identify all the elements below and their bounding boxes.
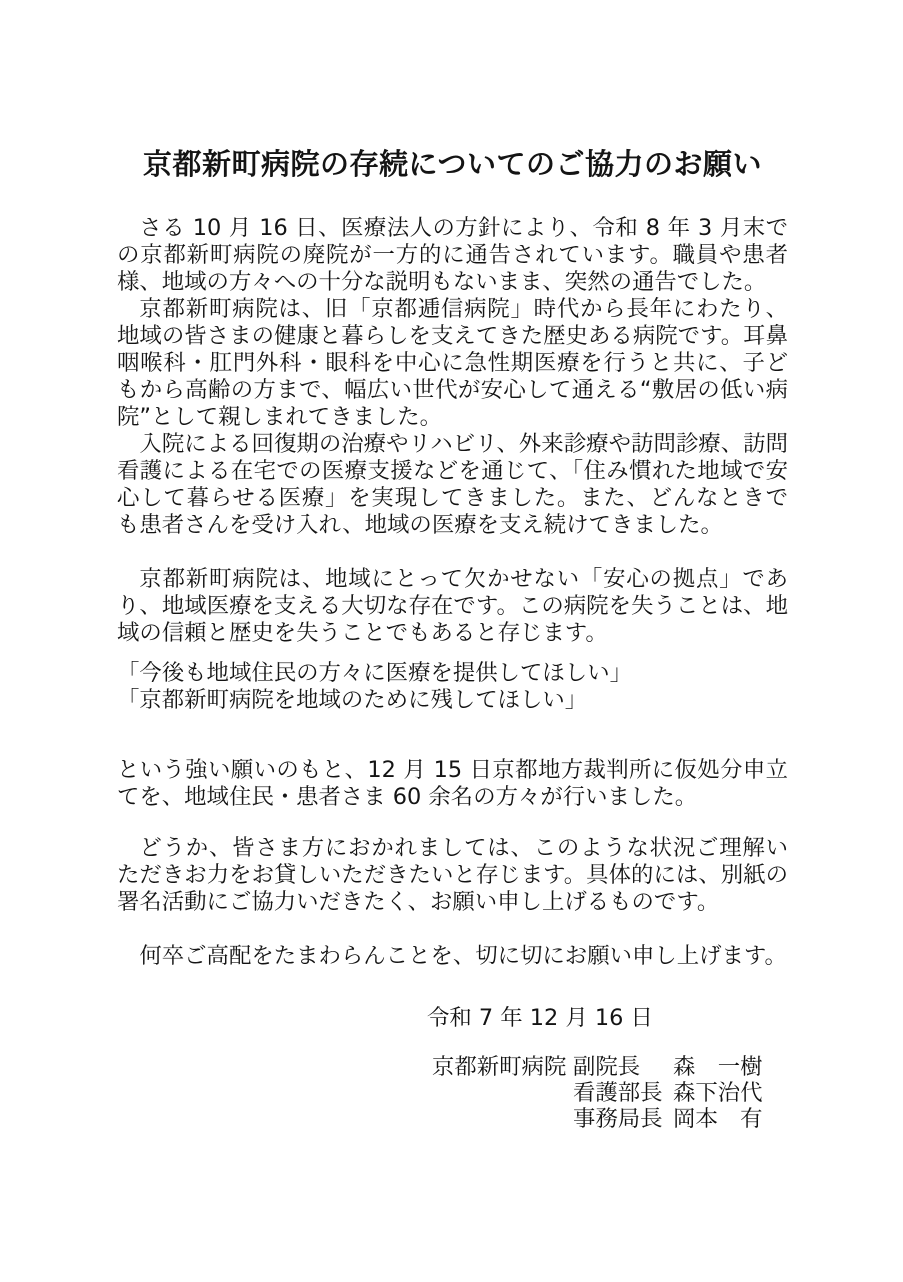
paragraph-closing-plea: 何卒ご高配をたまわらんことを、切に切にお願い申し上げます。 xyxy=(117,943,788,970)
signature-organization: 京都新町病院 xyxy=(432,1054,573,1080)
letter-content: 京都新町病院の存続についてのご協力のお願い さる 10 月 16 日、医療法人の… xyxy=(0,0,903,1132)
paragraph-court-petition: という強い願いのもと、12 月 15 日京都地方裁判所に仮処分申立てを、地域住民… xyxy=(117,757,788,811)
quote-block: 「今後も地域住民の方々に医療を提供してほしい」 「京都新町病院を地域のために残し… xyxy=(117,660,788,714)
signature-block: 京都新町病院 副院長 森 一樹 看護部長 森下治代 事務局長 岡本 有 xyxy=(432,1054,788,1132)
quote-line: 「今後も地域住民の方々に医療を提供してほしい」 xyxy=(117,660,788,687)
signature-organization-spacer xyxy=(432,1106,573,1132)
paragraph-community-importance: 京都新町病院は、地域にとって欠かせない「安心の拠点」であり、地域医療を支える大切… xyxy=(117,566,788,647)
signature-role: 事務局長 xyxy=(573,1106,673,1132)
document-page: 京都新町病院の存続についてのご協力のお願い さる 10 月 16 日、医療法人の… xyxy=(0,0,903,1282)
paragraph-medical-services: 入院による回復期の治療やリハビリ、外来診療や訪問診療、訪問看護による在宅での医療… xyxy=(117,431,788,539)
signature-name: 森下治代 xyxy=(673,1080,788,1106)
page-title: 京都新町病院の存続についてのご協力のお願い xyxy=(117,146,788,182)
signature-name: 森 一樹 xyxy=(673,1054,788,1080)
date-line: 令和 7 年 12 月 16 日 xyxy=(427,1005,788,1032)
signature-role: 看護部長 xyxy=(573,1080,673,1106)
signature-row: 事務局長 岡本 有 xyxy=(432,1106,788,1132)
signature-role: 副院長 xyxy=(573,1054,673,1080)
paragraph-closure-notice: さる 10 月 16 日、医療法人の方針により、令和 8 年 3 月末での京都新… xyxy=(117,215,788,296)
signature-row: 京都新町病院 副院長 森 一樹 xyxy=(432,1054,788,1080)
signature-row: 看護部長 森下治代 xyxy=(432,1080,788,1106)
signature-name: 岡本 有 xyxy=(673,1106,788,1132)
paragraph-hospital-history: 京都新町病院は、旧「京都逓信病院」時代から長年にわたり、地域の皆さまの健康と暮ら… xyxy=(117,296,788,431)
signature-organization-spacer xyxy=(432,1080,573,1106)
quote-line: 「京都新町病院を地域のために残してほしい」 xyxy=(117,687,788,714)
paragraph-signature-request: どうか、皆さま方におかれましては、このような状況ご理解いただきお力をお貸しいただ… xyxy=(117,835,788,916)
